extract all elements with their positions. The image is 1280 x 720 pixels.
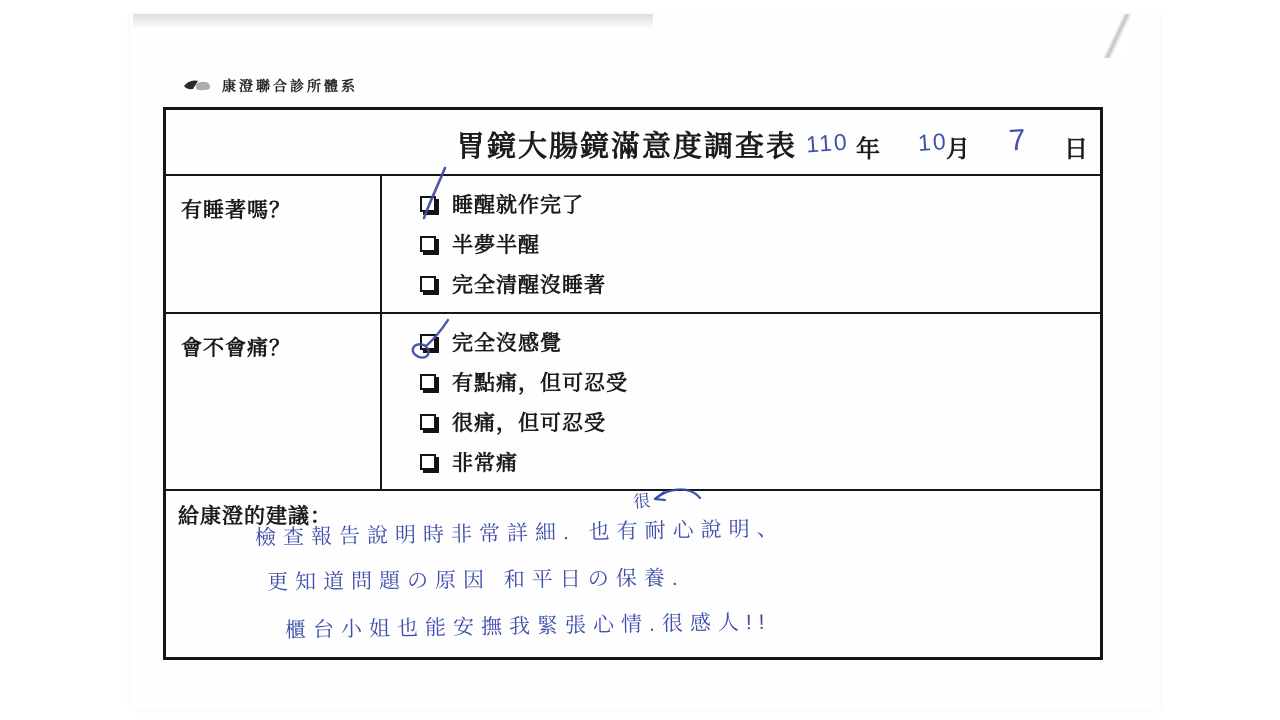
handwritten-line: 檢查報告說明時非常詳細. 也有耐心說明、 (255, 512, 785, 551)
suggestion-row: 給康澄的建議： 很 檢查報告說明時非常詳細. 也有耐心說明、 更知道問題の原因 … (166, 491, 1100, 655)
checkbox-icon (420, 334, 436, 350)
question-row-sleep: 有睡著嗎？ 睡醒就作完了 半夢半醒 完全清醒沒睡著 (166, 176, 1100, 314)
clinic-name: 康澄聯合診所體系 (222, 76, 358, 96)
options-pain: 完全沒感覺 有點痛，但可忍受 很痛，但可忍受 非常痛 (420, 322, 1094, 482)
month-value-handwritten: 10 (917, 128, 948, 157)
option-row: 有點痛，但可忍受 (420, 362, 1094, 402)
column-divider (380, 176, 382, 312)
option-row: 非常痛 (420, 442, 1094, 482)
clinic-logo-icon (183, 78, 215, 94)
option-label: 完全清醒沒睡著 (452, 269, 606, 299)
handwritten-insertion: 很 (632, 486, 652, 513)
question-label-pain: 會不會痛？ (181, 332, 291, 362)
title-row: 胃鏡大腸鏡滿意度調查表 110 年 10 月 7 日 (166, 110, 1100, 176)
option-row: 完全清醒沒睡著 (420, 264, 1094, 304)
day-value-handwritten: 7 (1008, 123, 1029, 158)
option-label: 很痛，但可忍受 (452, 407, 606, 437)
month-label: 月 (946, 129, 970, 164)
option-row: 完全沒感覺 (420, 322, 1094, 362)
clinic-brand: 康澄聯合診所體系 (183, 76, 358, 96)
handwritten-line: 櫃台小姐也能安撫我緊張心情.很感人!! (285, 606, 772, 644)
survey-form-table: 胃鏡大腸鏡滿意度調查表 110 年 10 月 7 日 有睡著嗎？ 睡醒就作完了 … (163, 107, 1103, 660)
option-row: 半夢半醒 (420, 224, 1094, 264)
day-label: 日 (1064, 129, 1088, 164)
checkbox-icon (420, 454, 436, 470)
year-label: 年 (856, 129, 880, 164)
page-title: 胃鏡大腸鏡滿意度調查表 (456, 124, 797, 165)
year-value-handwritten: 110 (805, 129, 849, 159)
paper-corner-fold (1102, 14, 1132, 58)
question-row-pain: 會不會痛？ 完全沒感覺 有點痛，但可忍受 很痛，但可忍受 非常痛 (166, 314, 1100, 491)
paper-top-shadow (133, 14, 653, 29)
option-row: 睡醒就作完了 (420, 184, 1094, 224)
option-label: 非常痛 (452, 447, 518, 477)
option-label: 完全沒感覺 (452, 327, 562, 357)
option-row: 很痛，但可忍受 (420, 402, 1094, 442)
column-divider (380, 314, 382, 489)
checkbox-icon (420, 374, 436, 390)
checkbox-icon (420, 236, 436, 252)
options-sleep: 睡醒就作完了 半夢半醒 完全清醒沒睡著 (420, 184, 1094, 304)
option-label: 有點痛，但可忍受 (452, 367, 628, 397)
question-label-sleep: 有睡著嗎？ (181, 194, 291, 224)
option-label: 睡醒就作完了 (452, 189, 584, 219)
checkbox-icon (420, 196, 436, 212)
checkbox-icon (420, 276, 436, 292)
checkbox-icon (420, 414, 436, 430)
handwritten-line: 更知道問題の原因 和平日の保養. (267, 562, 685, 596)
option-label: 半夢半醒 (452, 229, 540, 259)
